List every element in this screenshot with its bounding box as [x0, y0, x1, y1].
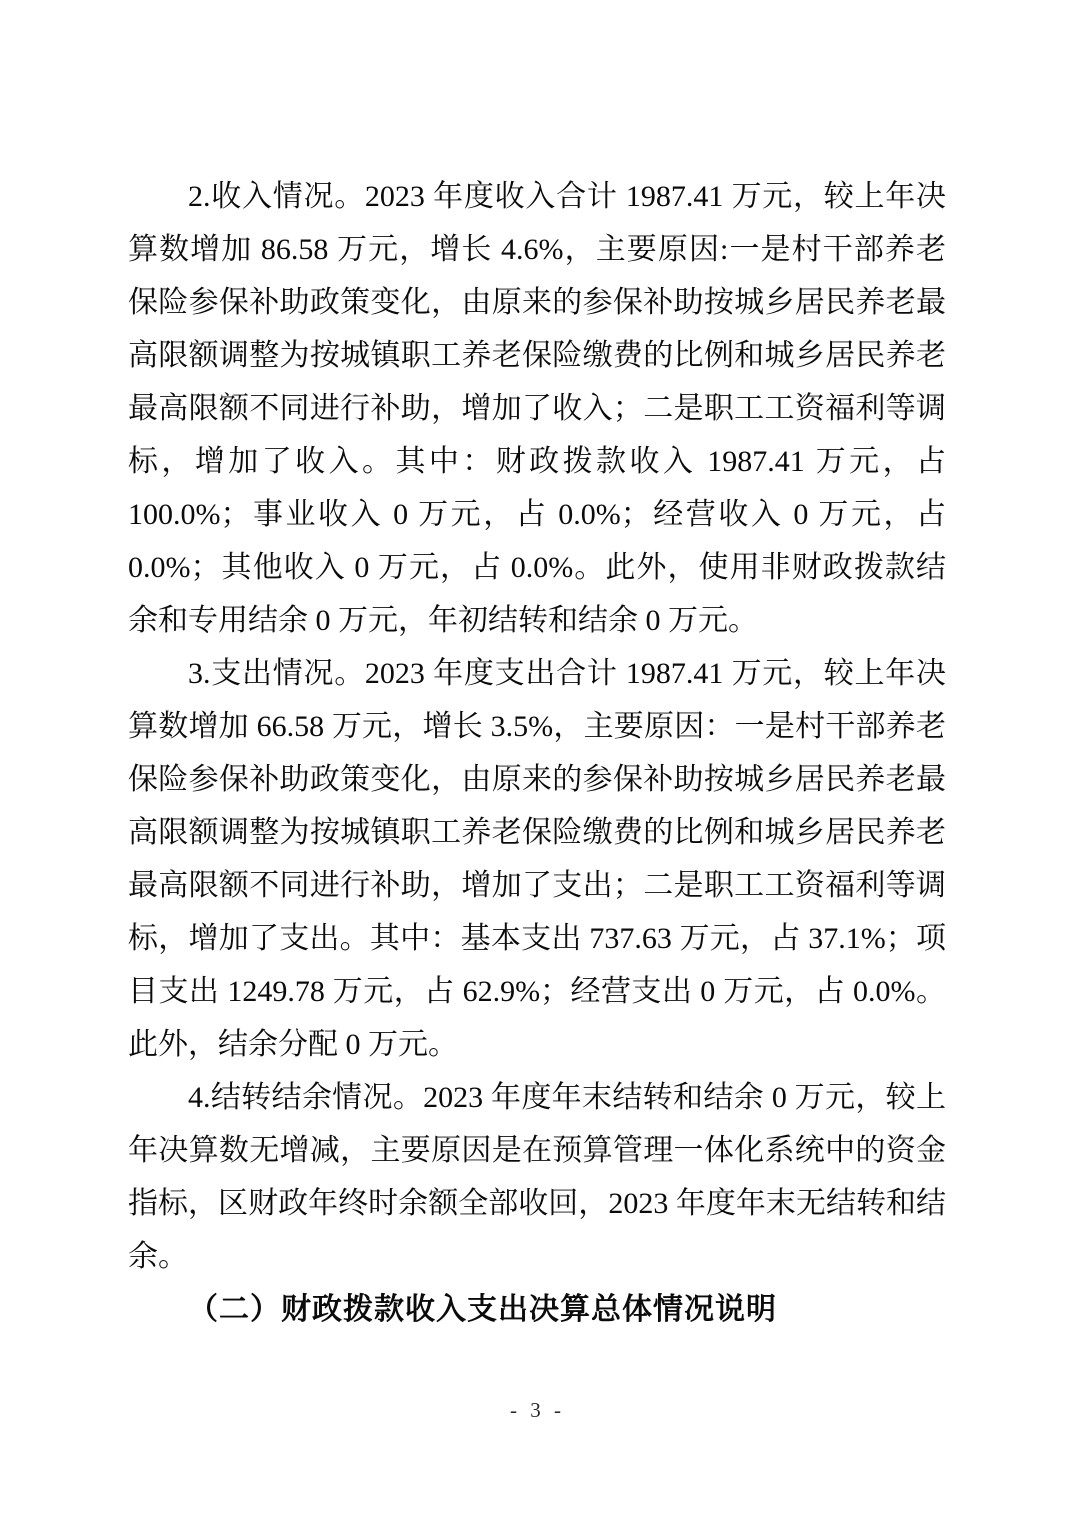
- page-footer: - 3 -: [0, 1398, 1075, 1423]
- paragraph-income-situation: 2.收入情况。2023 年度收入合计 1987.41 万元，较上年决算数增加 8…: [128, 170, 946, 647]
- document-page: 2.收入情况。2023 年度收入合计 1987.41 万元，较上年决算数增加 8…: [0, 0, 1075, 1520]
- document-body: 2.收入情况。2023 年度收入合计 1987.41 万元，较上年决算数增加 8…: [128, 170, 946, 1336]
- paragraph-expenditure-situation: 3.支出情况。2023 年度支出合计 1987.41 万元，较上年决算数增加 6…: [128, 647, 946, 1071]
- paragraph-carryover-situation: 4.结转结余情况。2023 年度年末结转和结余 0 万元，较上年决算数无增减，主…: [128, 1071, 946, 1283]
- section-heading-fiscal-appropriation: （二）财政拨款收入支出决算总体情况说明: [128, 1283, 946, 1336]
- page-number: - 3 -: [510, 1398, 565, 1422]
